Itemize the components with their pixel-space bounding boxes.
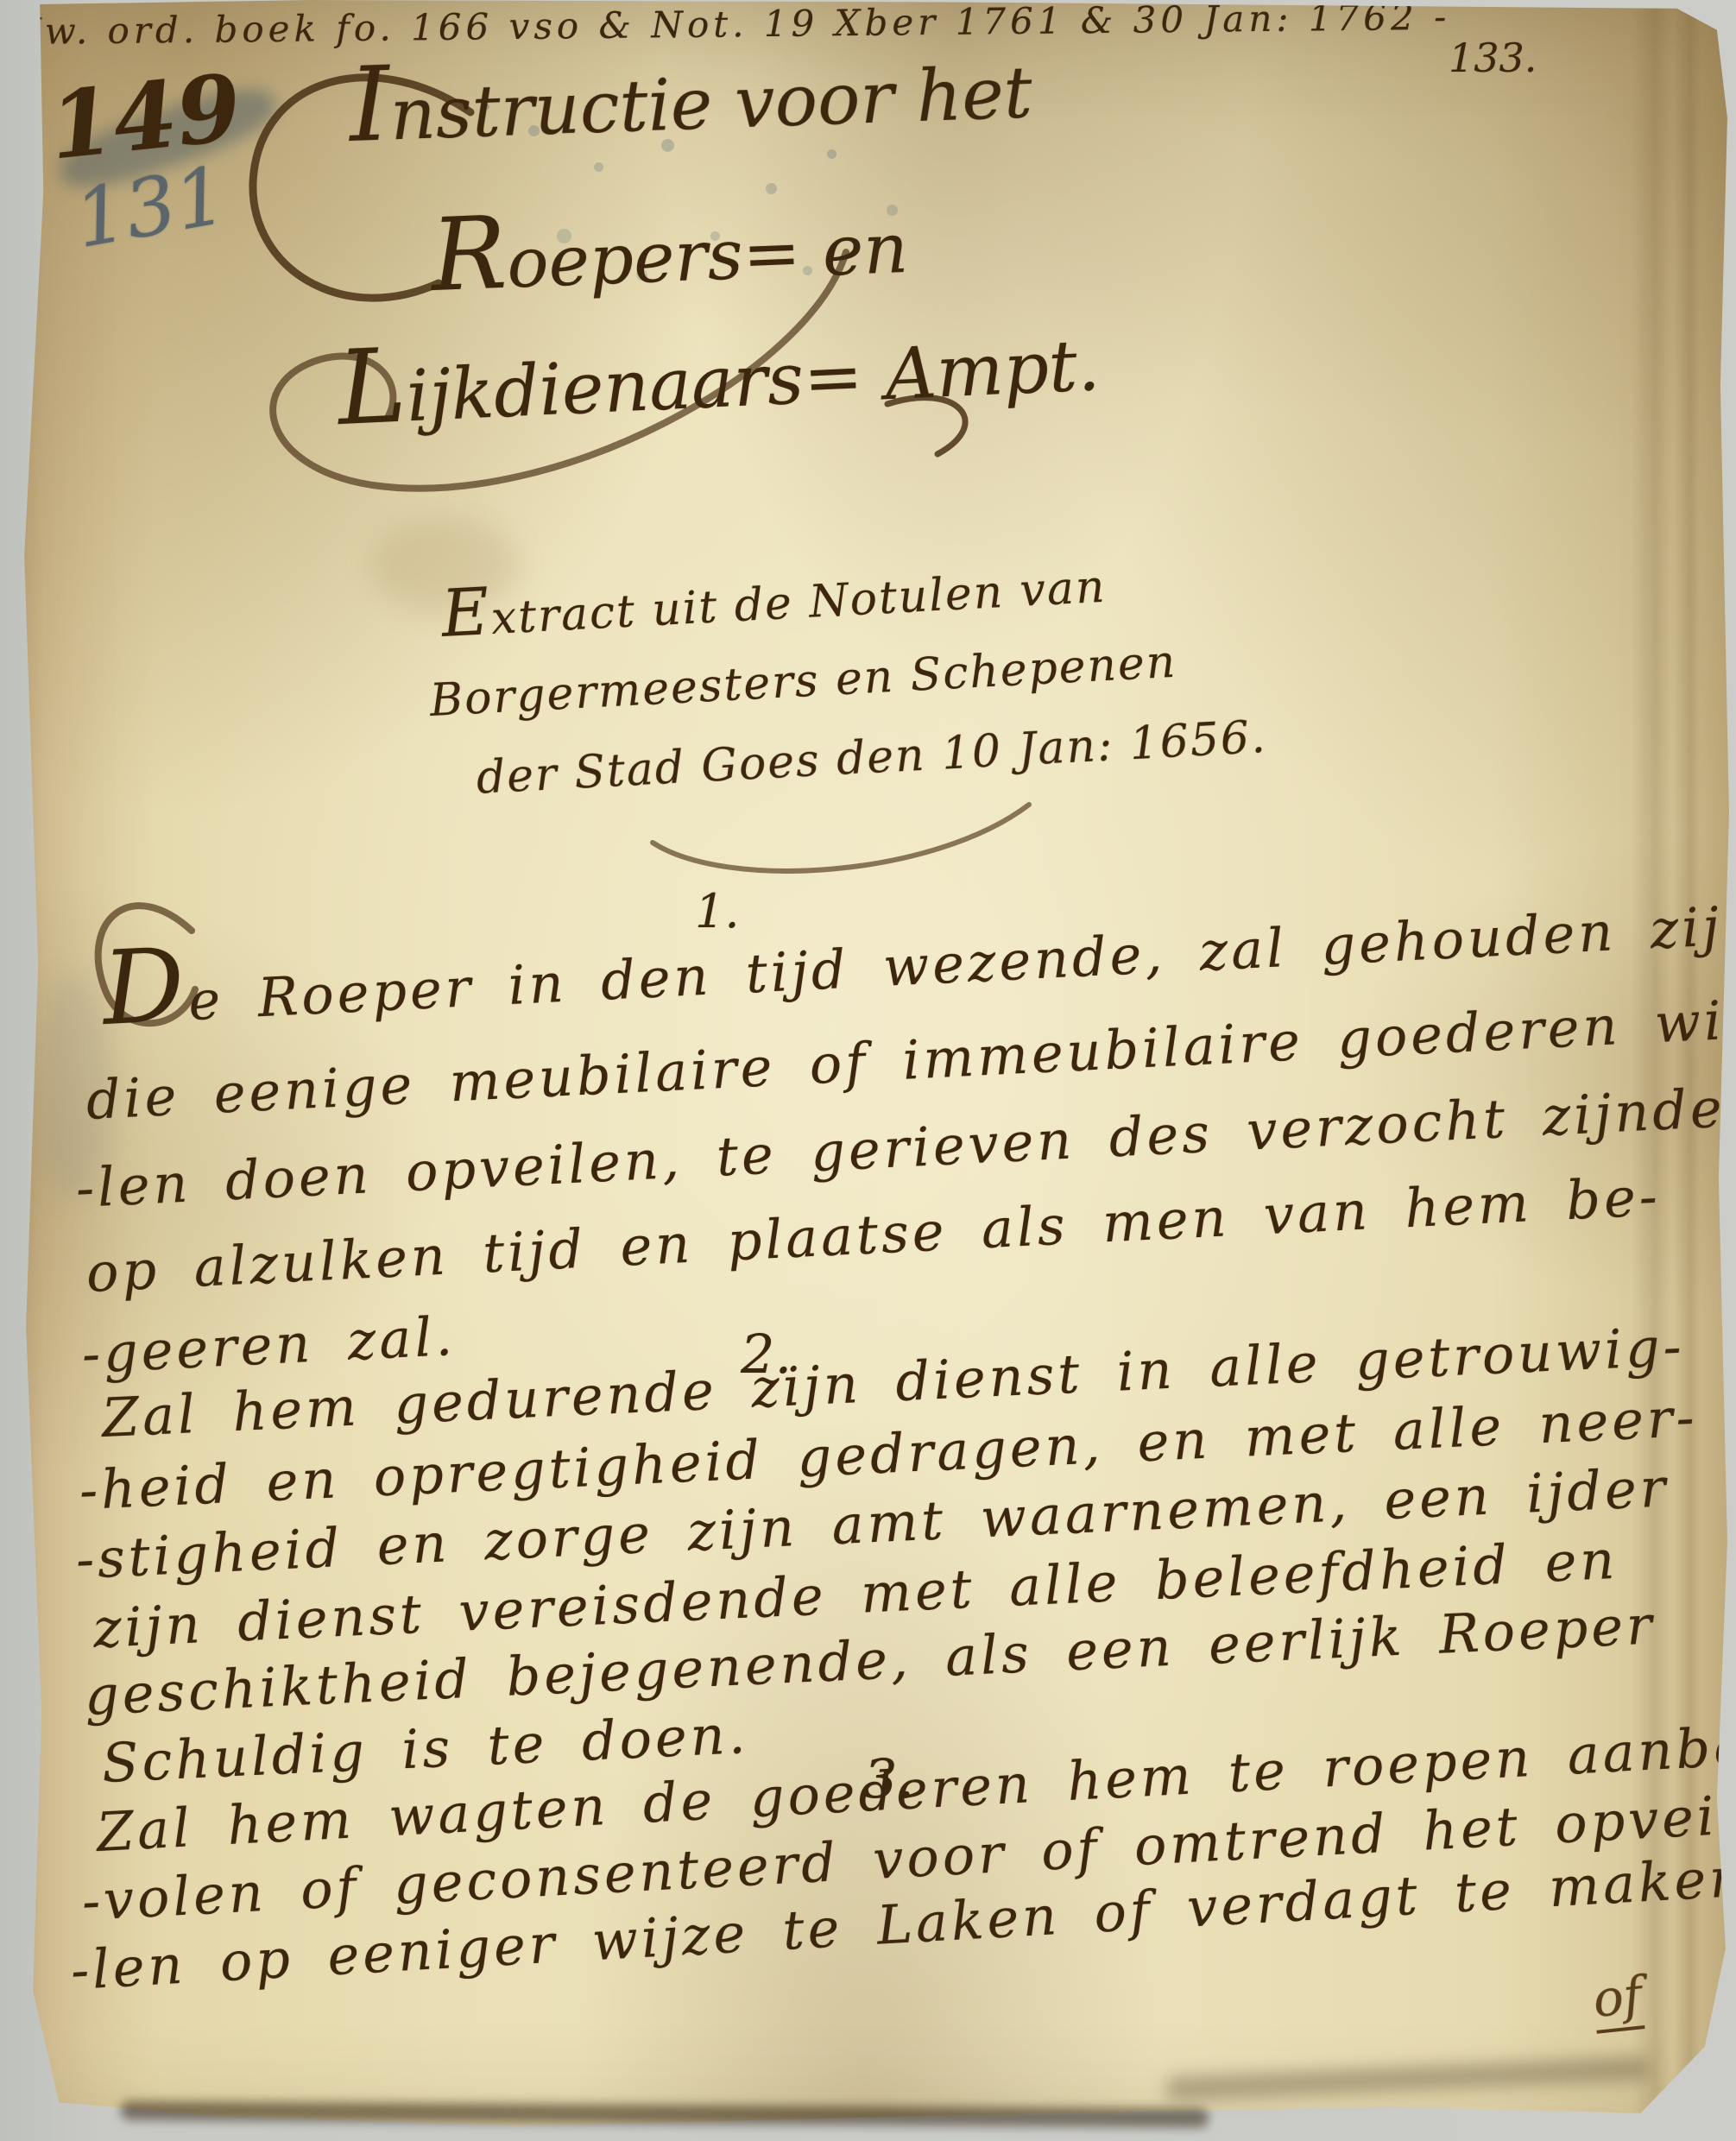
manuscript-scan: Jw. ord. boek fo. 166 vso & Not. 19 Xber… xyxy=(0,0,1736,2141)
catchword: of xyxy=(1590,1965,1645,2033)
folio-number: 133. xyxy=(1449,35,1537,81)
section-1-number: 1. xyxy=(695,884,740,938)
paper-sheet: Jw. ord. boek fo. 166 vso & Not. 19 Xber… xyxy=(0,0,1736,2141)
